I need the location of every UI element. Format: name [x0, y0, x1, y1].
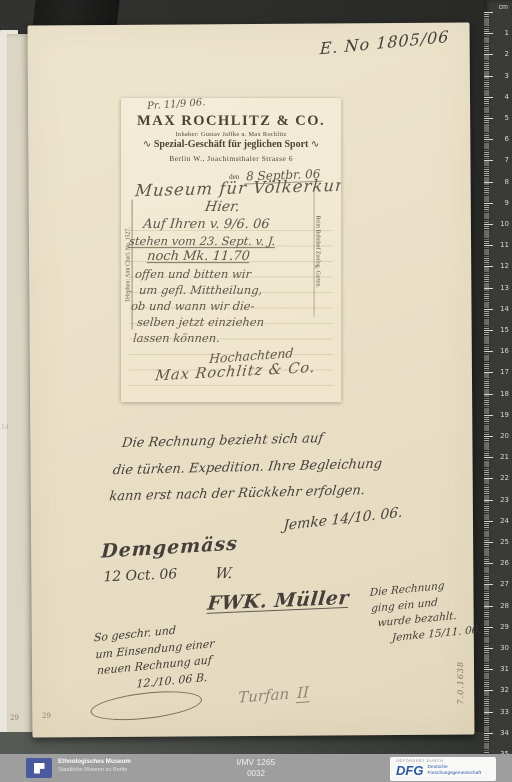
- museum-name: Ethnologisches Museum: [58, 758, 131, 765]
- ruler-cm-tick: [484, 627, 493, 628]
- ruler-cm-tick: [484, 118, 493, 119]
- ruler-cm-tick: [484, 690, 493, 691]
- handwritten-line: um gefl. Mittheilung,: [128, 282, 333, 298]
- ruler-cm-number: 30: [500, 644, 509, 652]
- ruler-cm-number: 24: [500, 517, 509, 525]
- handwritten-line: selben jetzt einziehen: [128, 314, 333, 330]
- card-side-location-note: Beim Bahnhof Zoolog. Garten.: [314, 187, 321, 317]
- handwritten-line: stehen vom 23. Sept. v. J.: [128, 233, 333, 249]
- ruler-cm-number: 14: [500, 305, 509, 313]
- museum-credit: Ethnologisches Museum Staatliche Museen …: [58, 758, 131, 773]
- turfan-numeral: II: [296, 683, 310, 703]
- museum-logo: [26, 758, 52, 778]
- ruler-cm-tick: [484, 351, 493, 352]
- ruler: cm 1234567891011121314151617181920212223…: [484, 0, 512, 782]
- funder-name-line2: Forschungsgemeinschaft: [427, 771, 481, 777]
- dfg-credit-box: Gefördert durch DFG Deutsche Forschungsg…: [390, 757, 496, 781]
- ruler-cm-number: 5: [505, 114, 509, 122]
- ruler-cm-number: 32: [500, 686, 509, 694]
- handwritten-line: offen und bitten wir: [128, 266, 333, 282]
- ruler-cm-number: 15: [500, 326, 509, 334]
- sheet-number-mark: 29: [10, 714, 19, 722]
- ruler-cm-number: 6: [505, 135, 509, 143]
- ruler-cm-tick: [484, 648, 493, 649]
- left-office-note: So geschr. undum Einsendung einerneuen R…: [93, 619, 218, 696]
- ruler-cm-tick: [484, 415, 493, 416]
- ruler-cm-number: 21: [500, 453, 509, 461]
- card-side-telephone-note: Telephon: Amt Charl. No. 1527.: [126, 200, 133, 330]
- album-page: E. No 1805/06 Pr. 11/9 06. Max Rochlitz …: [28, 22, 475, 737]
- ruler-cm-tick: [484, 542, 493, 543]
- ruler-cm-tick: [484, 457, 493, 458]
- sheet-number-mark: 29: [42, 712, 51, 720]
- ruler-cm-number: 34: [500, 729, 509, 737]
- ruler-cm-tick: [484, 712, 493, 713]
- ruler-cm-tick: [484, 521, 493, 522]
- handwritten-line: kann erst nach der Rückkehr erfolgen.: [108, 478, 384, 511]
- ruler-cm-number: 17: [500, 368, 509, 376]
- ruler-cm-tick: [484, 436, 493, 437]
- ruler-cm-tick: [484, 669, 493, 670]
- ruler-cm-number: 9: [505, 199, 509, 207]
- ruler-cm-number: 13: [500, 284, 509, 292]
- ruler-cm-tick: [484, 182, 493, 183]
- handwritten-line: lassen können.: [128, 331, 333, 347]
- letterhead-address: Berlin W., Joachimsthaler Strasse 6: [121, 154, 341, 163]
- ruler-cm-number: 31: [500, 665, 509, 673]
- letter-recipient-city: Hier.: [204, 199, 241, 215]
- ruler-cm-number: 2: [505, 50, 509, 58]
- ruler-cm-number: 8: [505, 178, 509, 186]
- letter-body: Auf Ihren v. 9/6. 06stehen vom 23. Sept.…: [129, 217, 333, 347]
- ruler-cm-number: 11: [500, 241, 509, 249]
- ruler-cm-tick: [484, 33, 493, 34]
- ruler-cm-tick: [484, 606, 493, 607]
- dfg-logo: DFG: [396, 764, 423, 777]
- ruler-cm-tick: [484, 330, 493, 331]
- inventory-id: I/MV 1265: [200, 757, 312, 767]
- margin-pencil-mark: 14: [1, 424, 9, 431]
- ruler-cm-tick: [484, 266, 493, 267]
- footer-bar: Ethnologisches Museum Staatliche Museen …: [0, 754, 512, 782]
- turfan-label: TurfanII: [238, 683, 310, 707]
- ruler-cm-number: 28: [500, 602, 509, 610]
- received-initials: W.: [214, 564, 235, 582]
- ruler-cm-tick: [484, 563, 493, 564]
- ruler-millimeter-ticks: [484, 12, 489, 754]
- ruler-cm-number: 22: [500, 474, 509, 482]
- museum-logo-icon: [34, 763, 45, 774]
- handwritten-line: ob und wann wir die-: [128, 298, 333, 314]
- ruler-cm-number: 18: [500, 390, 509, 398]
- ruler-cm-tick: [484, 478, 493, 479]
- ruler-cm-tick: [484, 584, 493, 585]
- ruler-cm-tick: [484, 203, 493, 204]
- inventory-number-note: E. No 1805/06: [320, 27, 450, 58]
- ruler-cm-tick: [484, 288, 493, 289]
- ruler-cm-number: 12: [500, 262, 509, 270]
- office-memo: Die Rechnung bezieht sich aufdie türken.…: [108, 425, 383, 511]
- letterhead-tagline: Spezial-Geschäft für jeglichen Sport: [121, 139, 341, 150]
- ruler-cm-tick: [484, 245, 493, 246]
- ruler-cm-number: 16: [500, 347, 509, 355]
- ruler-unit-label: cm: [499, 4, 508, 11]
- ruler-cm-number: 4: [505, 93, 509, 101]
- inventory-identifiers: I/MV 1265 0032: [200, 757, 312, 778]
- ruler-cm-tick: [484, 309, 493, 310]
- ruler-cm-number: 19: [500, 411, 509, 419]
- memo-signature: Jemke 14/10. 06.: [283, 505, 403, 535]
- right-office-note: Die Rechnungging ein undwurde bezahlt.Je…: [369, 576, 482, 648]
- mueller-signature: FWK. Müller: [207, 587, 350, 615]
- ruler-cm-number: 25: [500, 538, 509, 546]
- letter-recipient: Museum für Völkerkunde,: [134, 175, 341, 200]
- ruler-cm-number: 20: [500, 432, 509, 440]
- received-date: 12 Oct. 06: [103, 566, 178, 585]
- ruler-cm-tick: [484, 160, 493, 161]
- ruler-cm-tick: [484, 733, 493, 734]
- ruler-cm-number: 27: [500, 580, 509, 588]
- card-pencil-annotation: Pr. 11/9 06.: [147, 98, 206, 112]
- ruler-cm-tick: [484, 224, 493, 225]
- ruler-cm-number: 23: [500, 496, 509, 504]
- letterhead-owner-line: Inhaber: Gustav Jaffke u. Max Rochlitz: [121, 131, 341, 138]
- letterhead-company-name: Max Rochlitz & Co.: [121, 113, 341, 130]
- scan-page-number: 0032: [200, 769, 312, 778]
- museum-subtitle: Staatliche Museen zu Berlin: [58, 767, 131, 773]
- vertical-archive-code: 7.0.1638: [456, 615, 466, 705]
- ruler-cm-number: 10: [500, 220, 509, 228]
- ruler-cm-tick: [484, 394, 493, 395]
- ruler-cm-tick: [484, 12, 493, 13]
- ruler-cm-tick: [484, 97, 493, 98]
- ruler-cm-tick: [484, 372, 493, 373]
- ruler-cm-number: 29: [500, 623, 509, 631]
- received-annotation: Demgemäss: [101, 532, 239, 562]
- ruler-cm-number: 26: [500, 559, 509, 567]
- handwritten-line: Auf Ihren v. 9/6. 06: [128, 217, 333, 233]
- ruler-cm-tick: [484, 139, 493, 140]
- pasted-letter-card: Pr. 11/9 06. Max Rochlitz & Co. Inhaber:…: [121, 98, 341, 402]
- ruler-cm-tick: [484, 76, 493, 77]
- scanned-document-photo: E. No 1805/06 Pr. 11/9 06. Max Rochlitz …: [0, 0, 512, 782]
- handwritten-line: noch Mk. 11.70: [128, 250, 333, 266]
- ruler-cm-tick: [484, 500, 493, 501]
- turfan-word: Turfan: [238, 685, 289, 707]
- ruler-cm-tick: [484, 54, 493, 55]
- ruler-cm-number: 7: [505, 156, 509, 164]
- ruler-cm-number: 33: [500, 708, 509, 716]
- funder-name: Deutsche Forschungsgemeinschaft: [427, 765, 481, 776]
- ruler-cm-number: 3: [505, 72, 509, 80]
- ruler-cm-number: 1: [505, 29, 509, 37]
